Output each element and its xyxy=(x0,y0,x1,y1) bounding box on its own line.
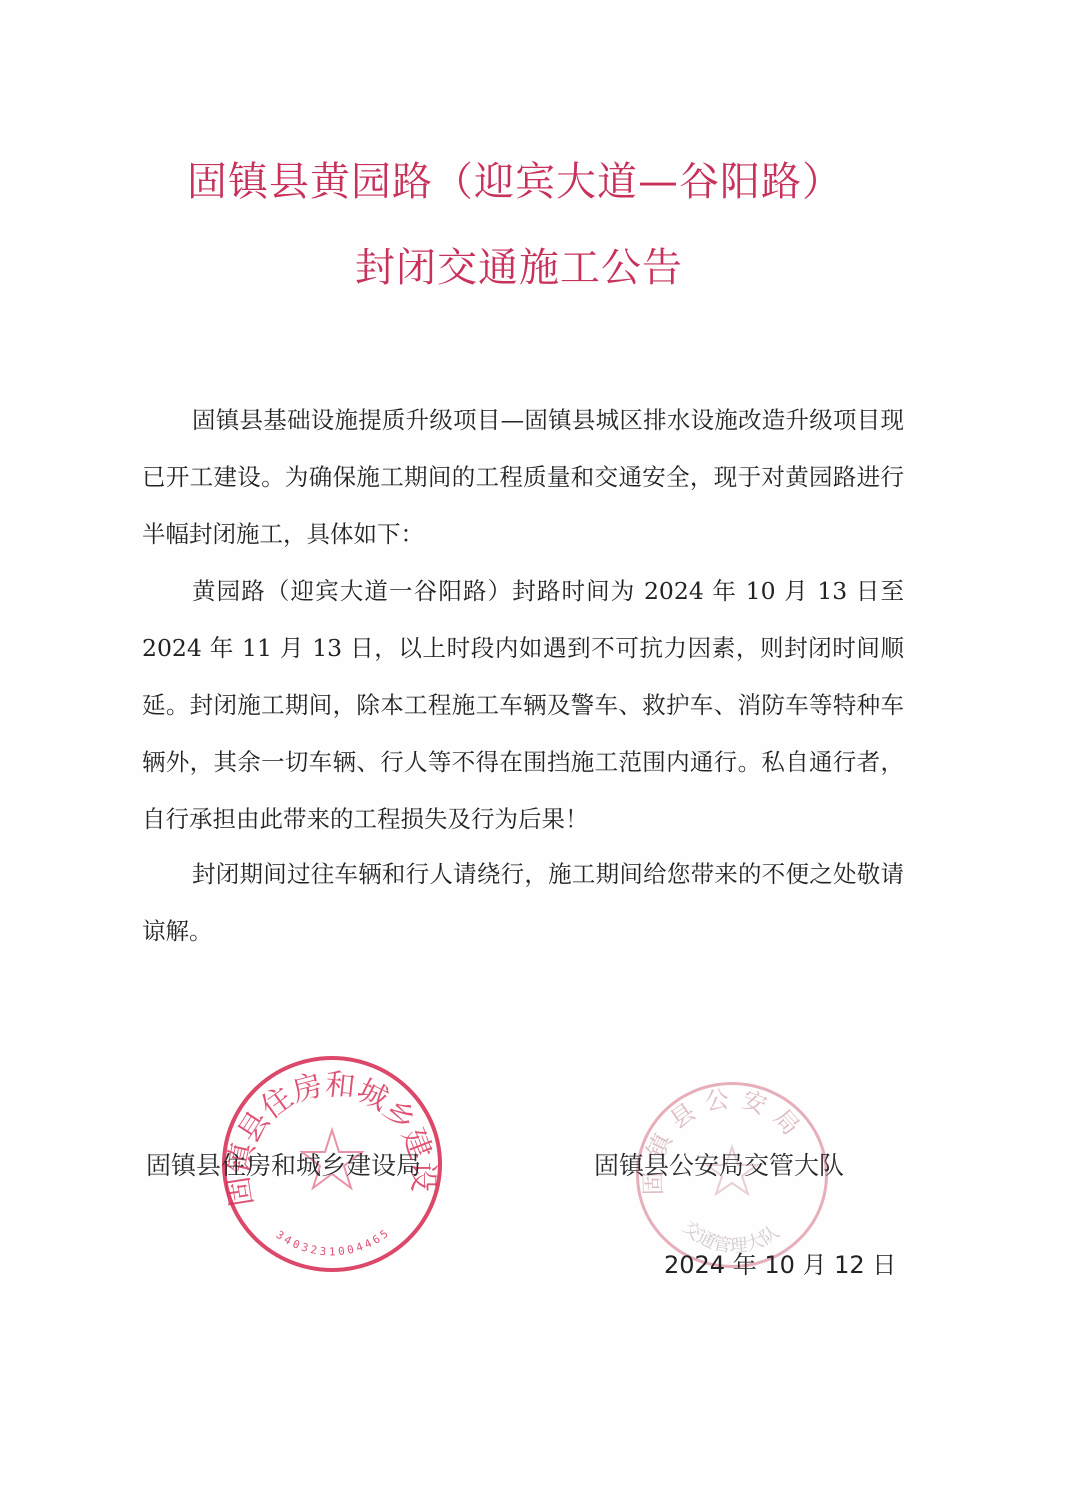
signature-housing-bureau: 固镇县住房和城乡建设局 xyxy=(146,1146,421,1182)
paragraph-2: 黄园路（迎宾大道一谷阳路）封路时间为 2024 年 10 月 13 日至 202… xyxy=(142,563,904,848)
signature-traffic-police: 固镇县公安局交管大队 xyxy=(594,1146,844,1182)
issue-date: 2024 年 10 月 12 日 xyxy=(664,1245,896,1280)
paragraph-3: 封闭期间过往车辆和行人请绕行，施工期间给您带来的不便之处敬请谅解。 xyxy=(142,846,904,960)
svg-text:固镇县住房和城乡建设局: 固镇县住房和城乡建设局 xyxy=(226,1060,438,1209)
paragraph-3-text: 封闭期间过往车辆和行人请绕行，施工期间给您带来的不便之处敬请谅解。 xyxy=(142,846,904,960)
title-line-1: 固镇县黄园路（迎宾大道—谷阳路） xyxy=(0,150,1030,207)
paragraph-2-text: 黄园路（迎宾大道一谷阳路）封路时间为 2024 年 10 月 13 日至 202… xyxy=(142,563,904,848)
document-page: 固镇县黄园路（迎宾大道—谷阳路） 封闭交通施工公告 固镇县基础设施提质升级项目—… xyxy=(0,0,1080,1508)
paragraph-1: 固镇县基础设施提质升级项目—固镇县城区排水设施改造升级项目现已开工建设。为确保施… xyxy=(142,392,904,563)
svg-text:3403231004465: 3403231004465 xyxy=(274,1226,394,1259)
paragraph-1-text: 固镇县基础设施提质升级项目—固镇县城区排水设施改造升级项目现已开工建设。为确保施… xyxy=(142,392,904,563)
title-line-2: 封闭交通施工公告 xyxy=(0,236,1038,293)
